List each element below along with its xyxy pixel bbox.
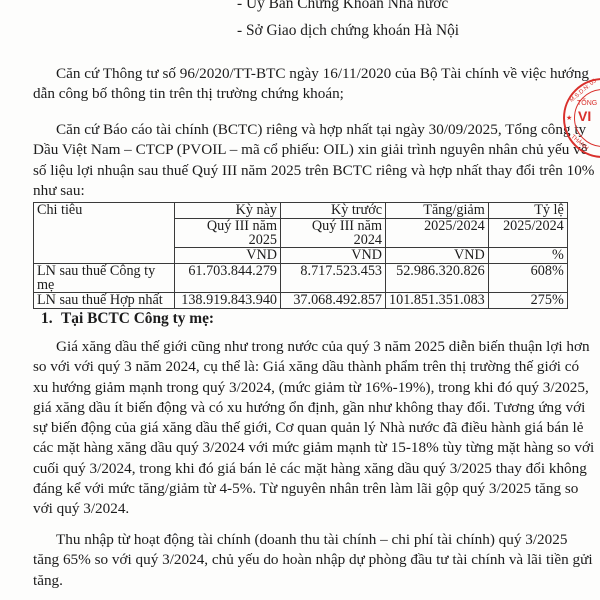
text-line: cuối quý 3/2024, trong khi đó giá bán lẻ… <box>33 459 559 479</box>
row-label: LN sau thuế Hợp nhất <box>34 293 175 309</box>
text-line: tăng 65% so với quý 3/2024, chủ yếu do h… <box>33 550 559 570</box>
section-title: Tại BCTC Công ty mẹ: <box>61 310 214 327</box>
seal-mid-small-text: TỔNG <box>577 100 597 107</box>
header-current-title: Kỳ này <box>175 203 281 219</box>
text-line: các mặt hàng xăng dầu quý 3/2024 với mức… <box>33 438 559 458</box>
row-previous: 37.068.492.857 <box>281 293 386 309</box>
row-label: LN sau thuế Công ty mẹ <box>34 264 175 293</box>
row-current: 138.919.843.940 <box>175 293 281 309</box>
row-previous: 8.717.523.453 <box>281 264 386 293</box>
text-line: Căn cứ Báo cáo tài chính (BCTC) riêng và… <box>33 120 559 140</box>
header-change-title: Tăng/giảm <box>386 203 489 219</box>
text-line: Dầu Việt Nam – CTCP (PVOIL – mã cổ phiếu… <box>33 140 559 160</box>
header-ratio-period: 2025/2024 <box>488 219 567 248</box>
header-indicator: Chi tiêu <box>34 203 175 264</box>
text-line: tăng. <box>33 571 559 591</box>
paragraph-legal-basis: Căn cứ Thông tư số 96/2020/TT-BTC ngày 1… <box>33 64 559 105</box>
section-heading: 1.Tại BCTC Công ty mẹ: <box>41 310 214 328</box>
header-current-period: Quý III năm 2025 <box>175 219 281 248</box>
table-row: LN sau thuế Công ty mẹ 61.703.844.279 8.… <box>34 264 568 293</box>
row-change: 52.986.320.826 <box>386 264 489 293</box>
text-line: Căn cứ Thông tư số 96/2020/TT-BTC ngày 1… <box>33 64 559 84</box>
header-change-period: 2025/2024 <box>386 219 489 248</box>
text-line: số liệu lợi nhuận sau thuế Quý III năm 2… <box>33 161 559 181</box>
table-row: LN sau thuế Hợp nhất 138.919.843.940 37.… <box>34 293 568 309</box>
text-line: đáng kể với mức tăng/giảm từ 4-5%. Từ ng… <box>33 479 559 499</box>
row-ratio: 608% <box>488 264 567 293</box>
text-line: như sau: <box>33 181 559 201</box>
header-previous-period: Quý III năm 2024 <box>281 219 386 248</box>
text-line: so với với quý 3 năm 2024, cụ thể là: Gi… <box>33 357 559 377</box>
header-ratio-title: Tỷ lệ <box>488 203 567 219</box>
text-line: Giá xăng dầu thế giới cũng như trong nướ… <box>33 337 559 357</box>
profit-comparison-table: Chi tiêu Kỳ này Kỳ trước Tăng/giảm Tỷ lệ… <box>33 202 568 309</box>
paragraph-report-basis: Căn cứ Báo cáo tài chính (BCTC) riêng và… <box>33 120 559 201</box>
row-current: 61.703.844.279 <box>175 264 281 293</box>
row-change: 101.851.351.083 <box>386 293 489 309</box>
header-ratio-unit: % <box>488 248 567 264</box>
text-line: xu hướng giảm mạnh trong quý 3/2024, (mứ… <box>33 378 559 398</box>
header-change-unit: VND <box>386 248 489 264</box>
paragraph-financial-income: Thu nhập từ hoạt động tài chính (doanh t… <box>33 530 559 591</box>
text-line: với quý 3/2024. <box>33 499 559 519</box>
paragraph-parent-company-explanation: Giá xăng dầu thế giới cũng như trong nướ… <box>33 337 559 520</box>
header-previous-title: Kỳ trước <box>281 203 386 219</box>
section-number: 1. <box>41 310 61 328</box>
header-previous-unit: VND <box>281 248 386 264</box>
text-line: sự biến động của giá xăng dầu thế giới, … <box>33 418 559 438</box>
text-line: giá xăng dầu ít biến động và có xu hướng… <box>33 398 559 418</box>
table-header-row: Chi tiêu Kỳ này Kỳ trước Tăng/giảm Tỷ lệ <box>34 203 568 219</box>
text-line: Thu nhập từ hoạt động tài chính (doanh t… <box>33 530 559 550</box>
row-ratio: 275% <box>488 293 567 309</box>
recipient-ssc: - Ủy Ban Chứng Khoán Nhà nước <box>237 0 448 13</box>
seal-star-icon: ★ <box>566 114 572 122</box>
text-line: dẫn công bố thông tin trên thị trường ch… <box>33 84 559 104</box>
recipient-hnx: - Sở Giao dịch chứng khoán Hà Nội <box>237 22 459 40</box>
header-current-unit: VND <box>175 248 281 264</box>
seal-mid-large-text: VI <box>578 108 591 124</box>
